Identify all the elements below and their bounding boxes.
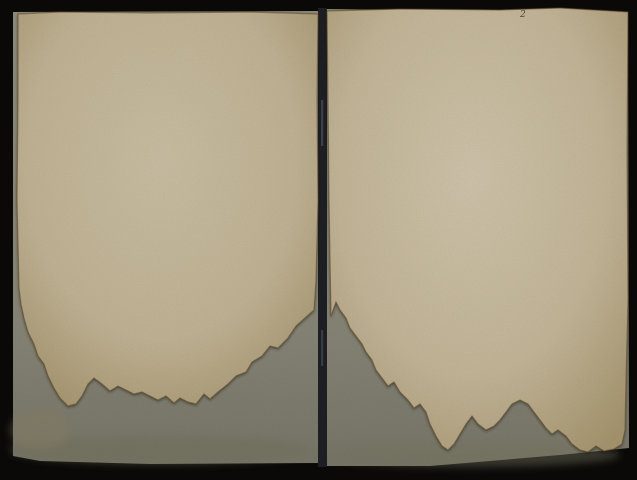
manuscript-scan-image <box>0 0 637 480</box>
scan-grain-overlay <box>0 0 637 480</box>
archival-scan-viewer: 2 3 <box>0 0 637 480</box>
